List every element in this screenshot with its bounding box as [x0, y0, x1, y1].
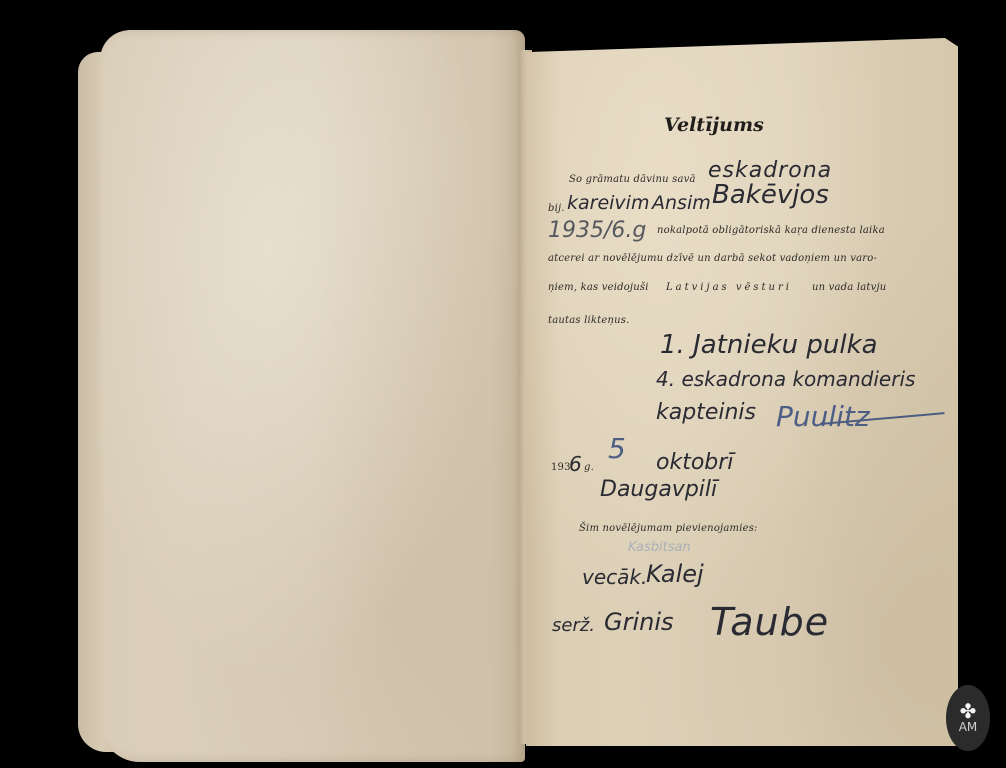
flower-icon: ✤ [960, 702, 977, 720]
typed-line-4: atcerei ar novēlējumu dzīvē un darbā sek… [548, 253, 877, 264]
open-book: Veltījums So grāmatu dāvinu savā eskadro… [0, 0, 1006, 768]
commander-signature: Puulitz [776, 400, 870, 433]
handwritten-month: oktobrī [656, 450, 733, 475]
typed-year-prefix: 193 [551, 462, 571, 473]
page-title: Veltījums [664, 114, 764, 136]
handwritten-captain: kapteinis [656, 400, 756, 425]
handwritten-commander-title: 4. eskadrona komandieris [656, 367, 915, 391]
handwritten-year-digit: 6 [569, 452, 582, 476]
handwritten-place: Daugavpilī [600, 477, 717, 502]
signature-2-name: Grinis [604, 608, 674, 636]
handwritten-day: 5 [608, 432, 626, 465]
signature-2-rank: serž. [552, 615, 595, 636]
signature-1-rank: vecāk. [582, 565, 647, 589]
typed-join-label: Šim novēlējumam pievienojamies: [579, 523, 758, 534]
handwritten-rank: kareivim [567, 192, 649, 214]
typed-line-6: tautas likteņus. [548, 315, 630, 326]
signature-1-name: Kalej [646, 560, 704, 588]
faint-signature: Kasbitsan [628, 540, 691, 555]
typed-g: g. [584, 462, 594, 473]
typed-line-2: bij. [548, 203, 565, 214]
handwritten-surname: Bakēvjos [712, 180, 829, 210]
left-page-blank [100, 30, 525, 762]
typed-line-1: So grāmatu dāvinu savā [569, 174, 696, 185]
watermark-badge[interactable]: ✤ AM [946, 685, 990, 751]
typed-line-5a: ņiem, kas veidojuši [548, 282, 649, 293]
handwritten-service-years: 1935/6.g [548, 218, 646, 243]
signature-3-name: Taube [710, 600, 829, 644]
handwritten-regiment: 1. Jatnieku pulka [660, 330, 878, 360]
typed-line-3: nokalpotā obligātoriskā kaŗa dienesta la… [657, 225, 885, 236]
watermark-monogram: AM [959, 720, 978, 734]
typed-line-5c: un vada latvju [812, 282, 886, 293]
handwritten-first-name: Ansim [652, 192, 711, 214]
typed-line-5b: Latvijas vēsturi [666, 282, 792, 293]
